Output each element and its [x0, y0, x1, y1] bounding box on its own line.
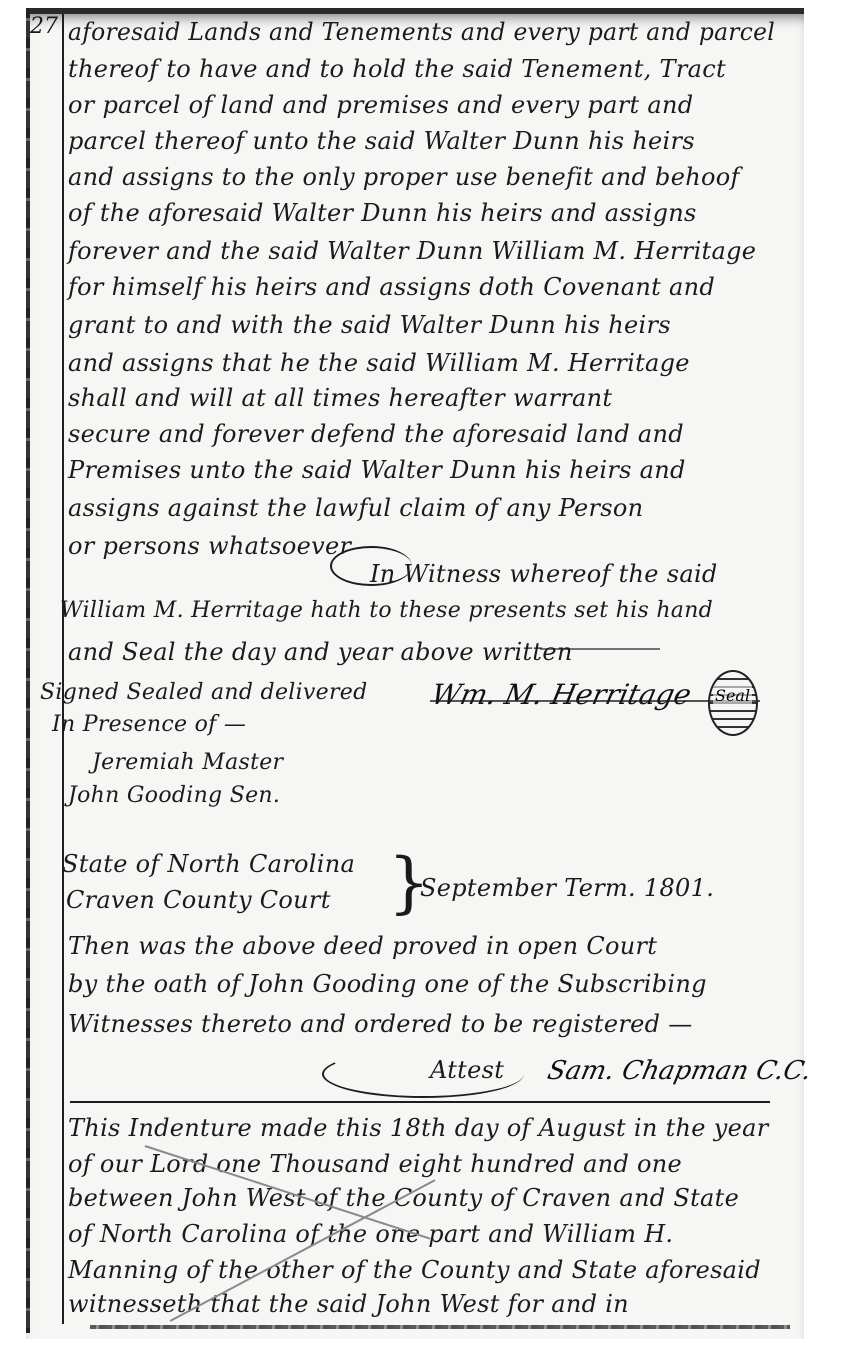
witness-name: John Gooding Sen. — [68, 783, 280, 808]
probate-line: Witnesses thereto and ordered to be regi… — [68, 1010, 693, 1038]
probate-heading: State of North Carolina — [62, 850, 355, 878]
deed-line: grant to and with the said Walter Dunn h… — [68, 311, 671, 339]
grantor-signature: Wm. M. Herritage — [428, 678, 694, 711]
deed-line: secure and forever defend the aforesaid … — [68, 420, 684, 448]
probate-term: September Term. 1801. — [420, 874, 714, 902]
testimonium-line: In Witness whereof the said — [370, 560, 718, 588]
deed-line: or parcel of land and premises and every… — [68, 91, 693, 119]
deed-line: and assigns to the only proper use benef… — [68, 163, 740, 191]
page-binding-edge — [26, 8, 30, 1333]
indenture-line: Manning of the other of the County and S… — [68, 1256, 761, 1284]
underline-stroke — [540, 648, 660, 650]
probate-heading: Craven County Court — [66, 886, 331, 914]
seal-label: Seal — [713, 686, 752, 705]
deed-line: of the aforesaid Walter Dunn his heirs a… — [68, 199, 697, 227]
indenture-line: witnesseth that the said John West for a… — [68, 1290, 629, 1318]
attestation-line: In Presence of — — [52, 712, 246, 737]
deed-line: shall and will at all times hereafter wa… — [68, 384, 612, 412]
deed-line: assigns against the lawful claim of any … — [68, 494, 643, 522]
testimonium-line: William M. Herritage hath to these prese… — [60, 598, 713, 623]
page-number: 27 — [30, 14, 58, 39]
deed-line: thereof to have and to hold the said Ten… — [68, 55, 726, 83]
deed-line: parcel thereof unto the said Walter Dunn… — [68, 127, 695, 155]
deed-line: Premises unto the said Walter Dunn his h… — [68, 456, 686, 484]
page-bottom-edge — [90, 1325, 790, 1329]
probate-line: Then was the above deed proved in open C… — [68, 932, 657, 960]
indenture-line: This Indenture made this 18th day of Aug… — [68, 1114, 768, 1142]
attest-label: Attest — [430, 1056, 504, 1084]
deed-line: aforesaid Lands and Tenements and every … — [68, 18, 775, 46]
deed-line: or persons whatsoever — [68, 532, 351, 560]
indenture-line: of our Lord one Thousand eight hundred a… — [68, 1150, 682, 1178]
deed-line: and assigns that he the said William M. … — [68, 349, 690, 377]
indenture-line: of North Carolina of the one part and Wi… — [68, 1220, 673, 1248]
deed-line: for himself his heirs and assigns doth C… — [68, 273, 715, 301]
section-divider — [70, 1101, 770, 1103]
witness-name: Jeremiah Master — [92, 750, 283, 775]
deed-line: forever and the said Walter Dunn William… — [68, 237, 756, 265]
margin-rule — [62, 14, 64, 1324]
probate-line: by the oath of John Gooding one of the S… — [68, 970, 707, 998]
clerk-signature: Sam. Chapman C.C. — [545, 1056, 814, 1086]
indenture-line: between John West of the County of Crave… — [68, 1184, 739, 1212]
testimonium-line: and Seal the day and year above written — [68, 638, 573, 666]
attestation-line: Signed Sealed and delivered — [40, 680, 368, 705]
